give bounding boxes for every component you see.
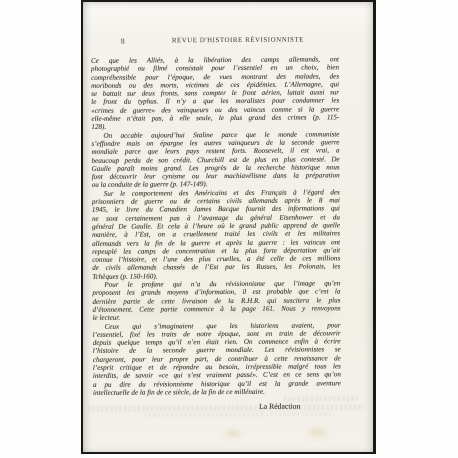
text-line: de civils allemands chassés de l’Est par… xyxy=(92,263,340,273)
paragraph: Sur le comportement des Américains et de… xyxy=(92,188,341,281)
show-through-artifact xyxy=(95,299,333,318)
paragraph: Ce que les Alliés, à la libération des c… xyxy=(91,55,339,131)
page-number: 8 xyxy=(121,37,125,47)
page-content: 8 REVUE D'HISTOIRE RÉVISIONNISTE Ce que … xyxy=(82,1,375,453)
running-header: 8 REVUE D'HISTOIRE RÉVISIONNISTE xyxy=(82,35,372,47)
paper-stain xyxy=(222,428,244,439)
journal-title: REVUE D'HISTOIRE RÉVISIONNISTE xyxy=(172,36,304,47)
paper-stain xyxy=(303,424,331,440)
text-line: intellectuelle de la fin de ce siècle, d… xyxy=(93,387,341,397)
paragraph: On accable aujourd’hui Staline parce que… xyxy=(91,130,339,190)
scanned-page: 8 REVUE D'HISTOIRE RÉVISIONNISTE Ce que … xyxy=(81,0,376,454)
editorial-text: Ce que les Alliés, à la libération des c… xyxy=(91,55,341,397)
signature: La Rédaction xyxy=(259,402,300,411)
show-through-artifact xyxy=(144,411,334,417)
paragraph: Ceux qui s’imaginaient que les historien… xyxy=(93,321,341,397)
